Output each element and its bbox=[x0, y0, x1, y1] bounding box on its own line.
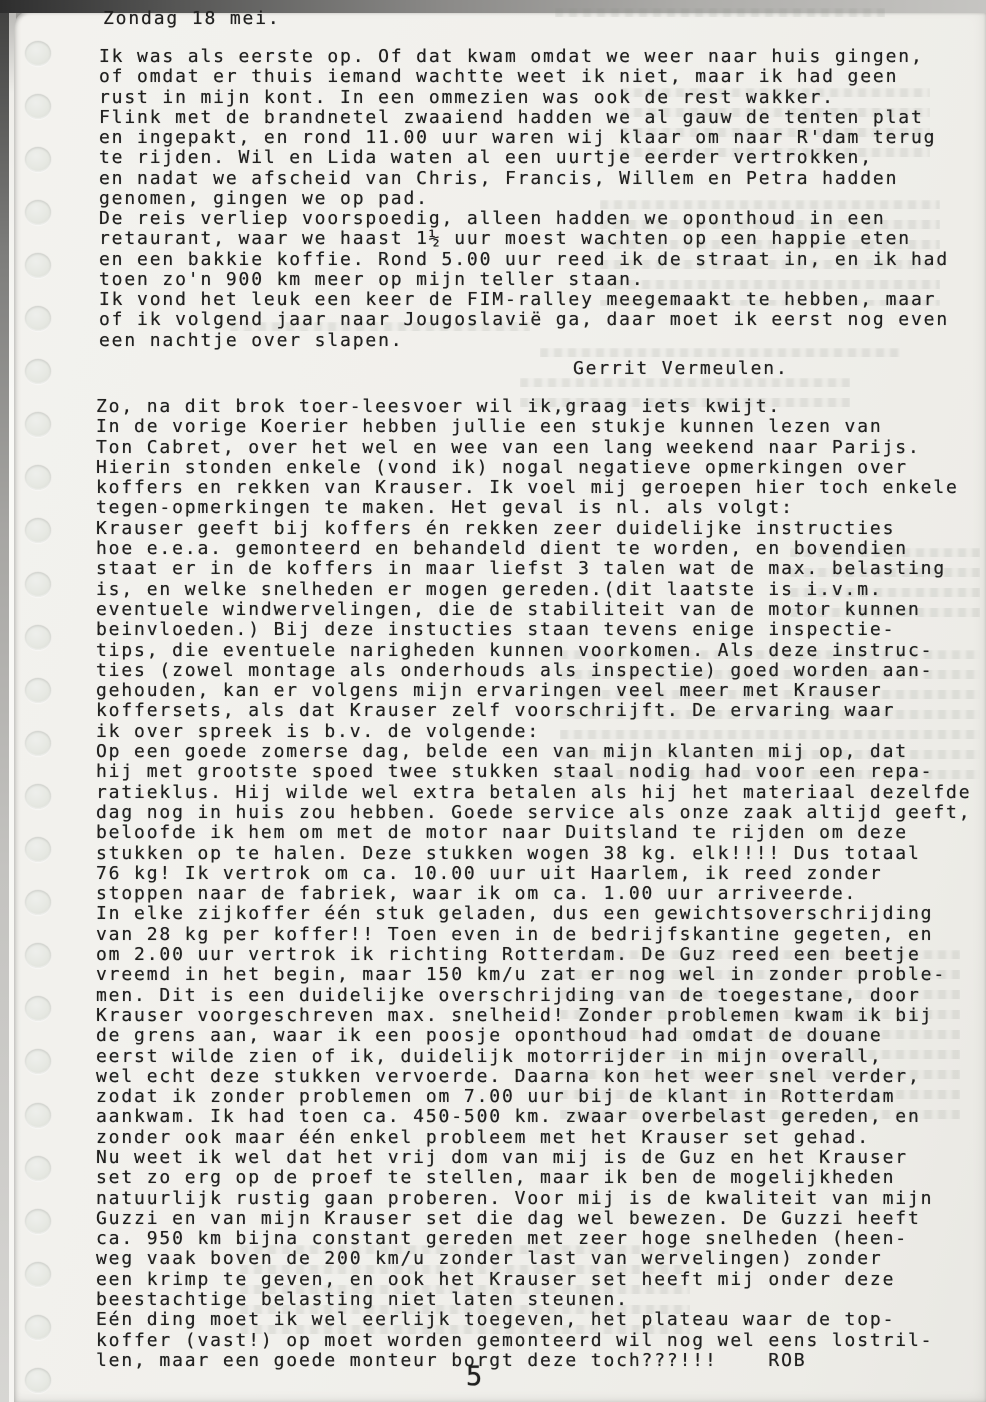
punch-hole bbox=[25, 94, 51, 119]
punch-hole bbox=[25, 1262, 51, 1287]
punch-hole bbox=[25, 1156, 51, 1181]
scanned-newsletter-page: Zondag 18 mei. Ik was als eerste op. Of … bbox=[0, 0, 986, 1402]
punch-hole bbox=[25, 890, 51, 915]
article1-body: Ik was als eerste op. Of dat kwam omdat … bbox=[99, 47, 949, 351]
punch-hole bbox=[25, 147, 51, 172]
punch-hole bbox=[25, 625, 51, 650]
punch-hole bbox=[25, 359, 51, 384]
punch-hole bbox=[25, 41, 51, 66]
article2-body: Zo, na dit brok toer-leesvoer wil ik,gra… bbox=[96, 397, 971, 1371]
page-number: 5 bbox=[466, 1367, 482, 1387]
signature: Gerrit Vermeulen. bbox=[573, 359, 789, 379]
punch-hole bbox=[25, 1103, 51, 1128]
punch-hole bbox=[25, 1209, 51, 1234]
punch-hole bbox=[25, 837, 51, 862]
punch-hole bbox=[25, 678, 51, 703]
punch-hole bbox=[25, 253, 51, 278]
punch-hole bbox=[25, 731, 51, 756]
punch-hole bbox=[25, 1315, 51, 1340]
scan-left-edge bbox=[0, 0, 9, 1402]
punch-hole bbox=[25, 1368, 51, 1393]
date-heading: Zondag 18 mei. bbox=[103, 9, 281, 29]
punch-hole bbox=[25, 784, 51, 809]
punch-hole bbox=[25, 200, 51, 225]
punch-hole bbox=[25, 572, 51, 597]
punch-hole bbox=[25, 306, 51, 331]
